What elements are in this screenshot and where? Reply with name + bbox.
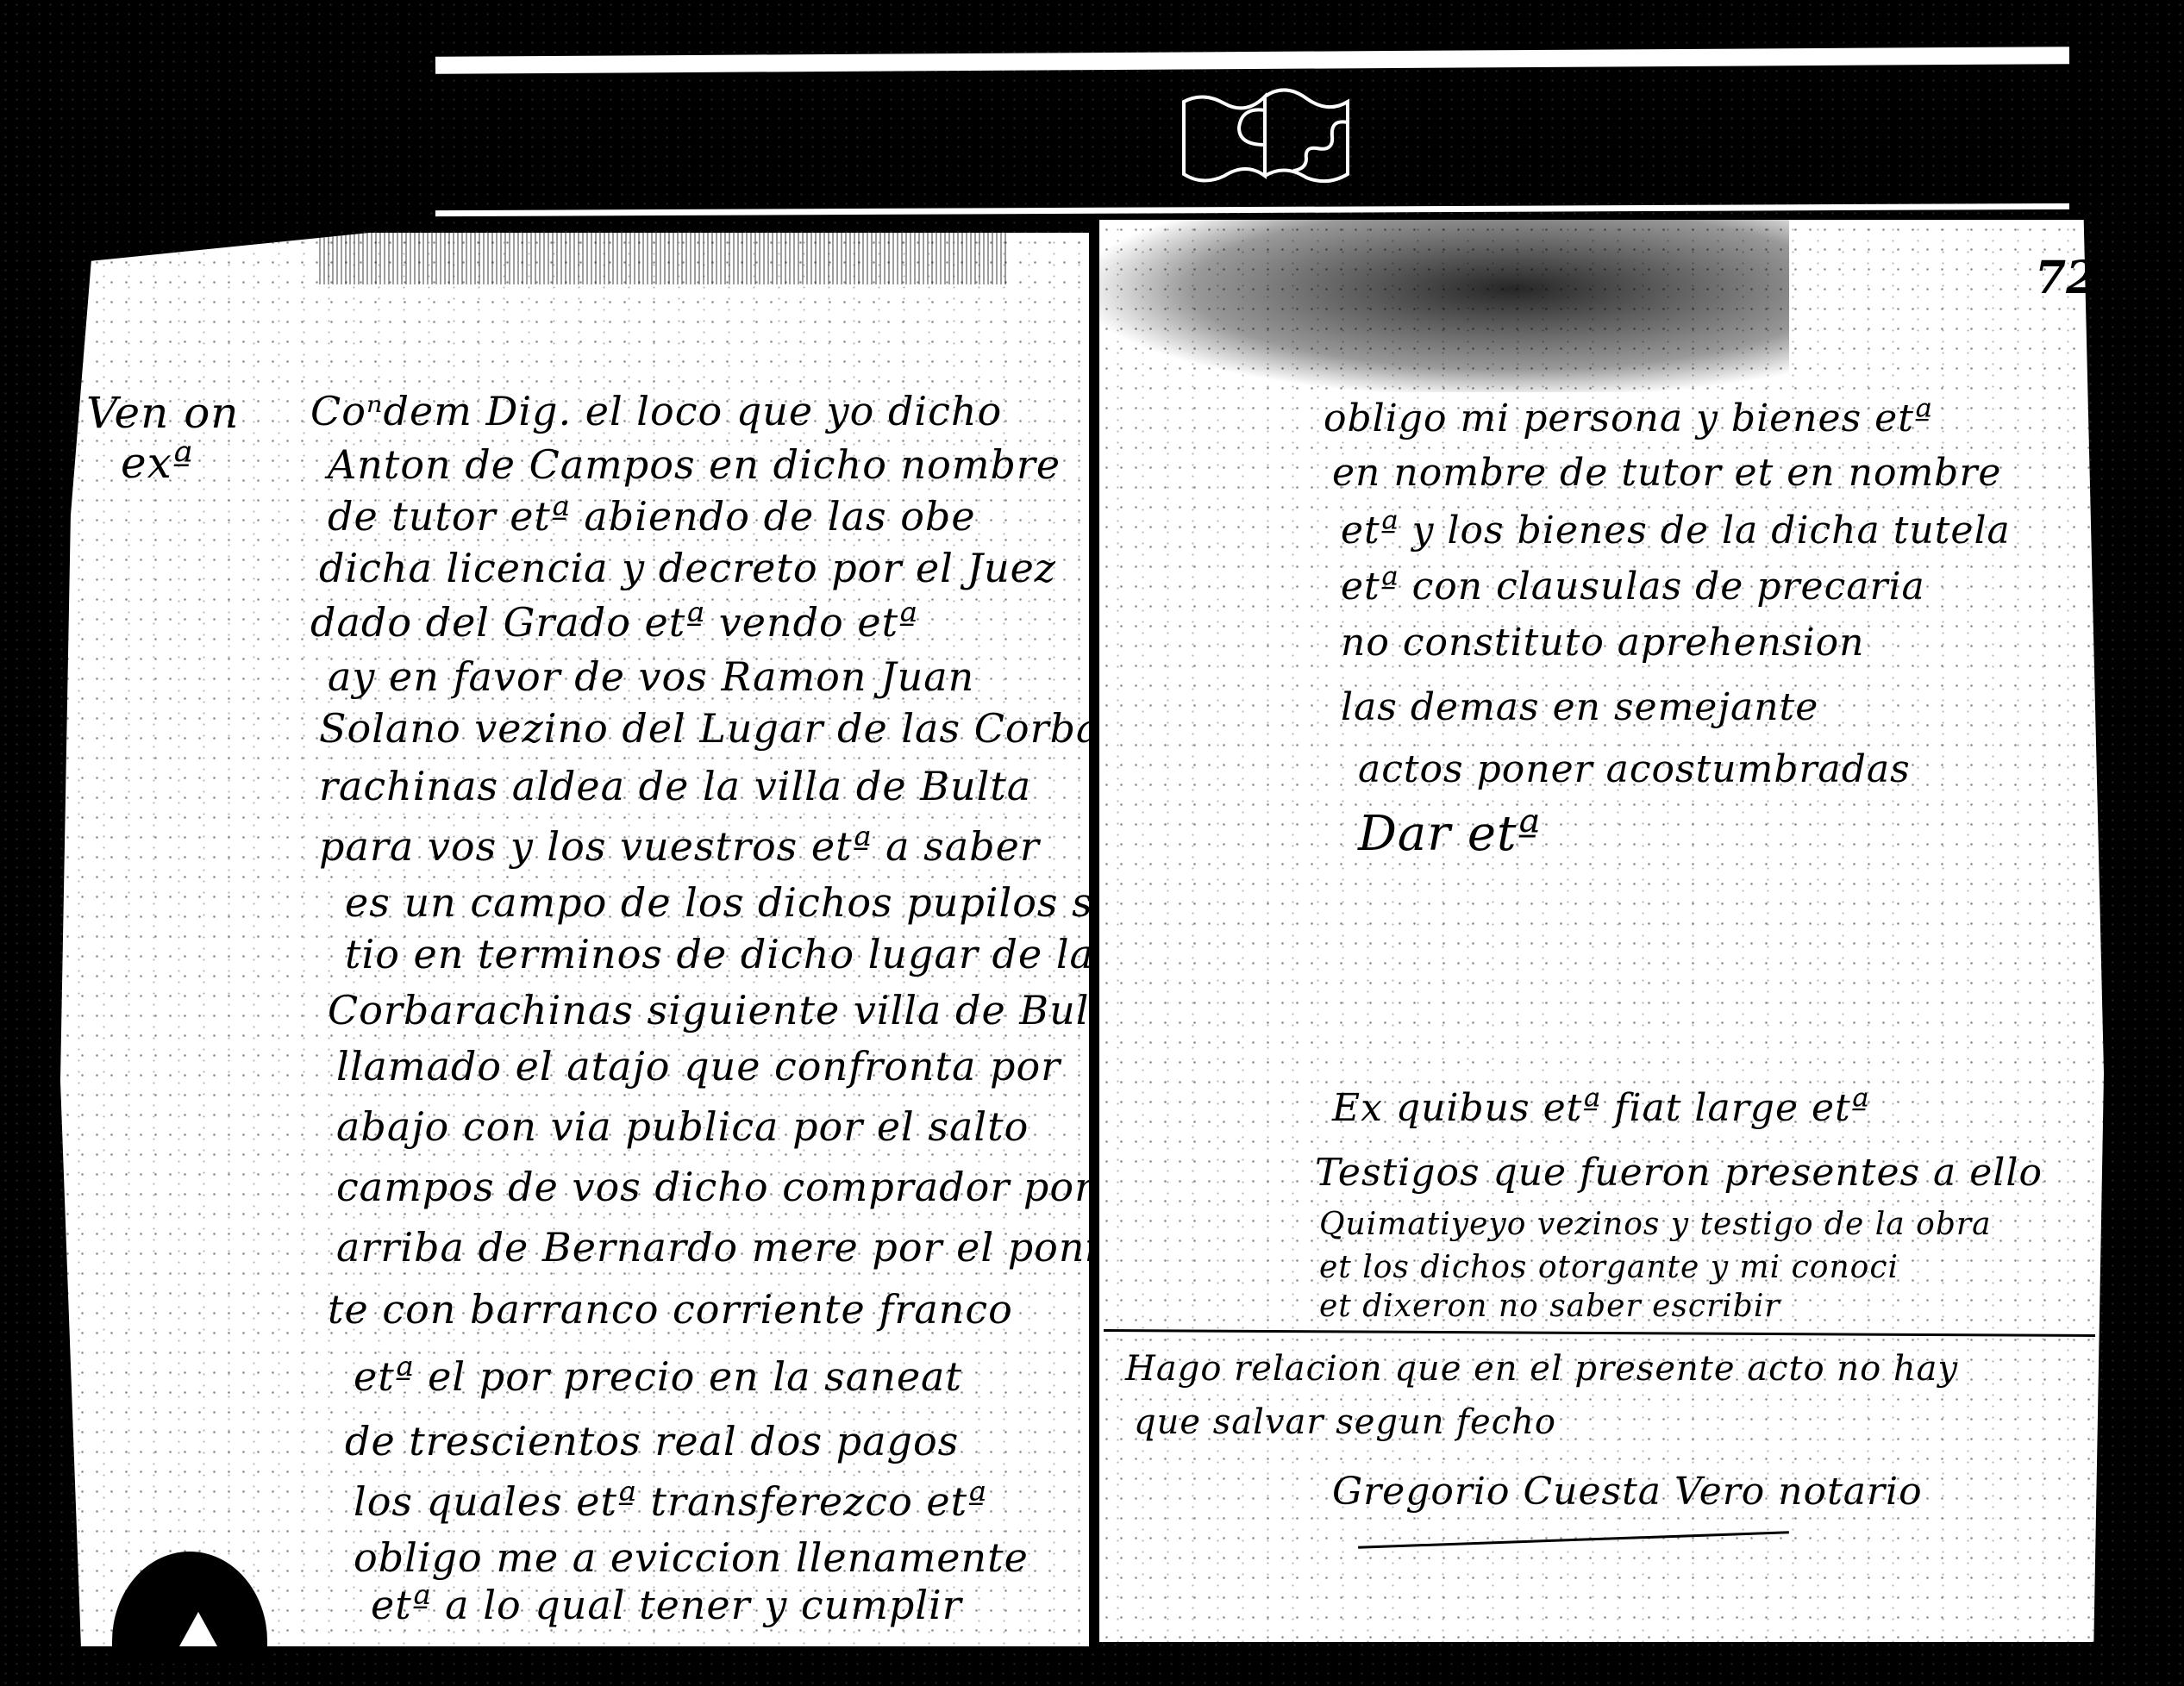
page-number: 72	[2035, 252, 2097, 304]
manuscript-line: arriba de Bernardo mere por el ponien	[336, 1224, 1149, 1271]
manuscript-line: Solano vezino del Lugar de las Corba	[319, 705, 1100, 752]
witness-line: Ex quibus etª fiat large etª	[1332, 1086, 1870, 1130]
manuscript-line: las demas en semejante	[1341, 685, 1818, 729]
manuscript-line: en nombre de tutor et en nombre	[1332, 451, 2001, 495]
book-gutter	[1089, 215, 1097, 1646]
manuscript-line: de tutor etª abiendo de las obe	[328, 493, 976, 540]
witness-line: et los dichos otorgante y mi conoci	[1319, 1250, 1899, 1285]
manuscript-line: actos poner acostumbradas	[1358, 747, 1911, 791]
margin-note-line-2: exª	[121, 438, 194, 488]
manuscript-line: llamado el atajo que confronta por	[336, 1043, 1061, 1090]
manuscript-line: Dar etª	[1358, 806, 1541, 862]
witness-line: et dixeron no saber escribir	[1319, 1289, 1780, 1324]
manuscript-line: no constituto aprehension	[1341, 621, 1864, 665]
witness-line: Testigos que fueron presentes a ello	[1315, 1151, 2043, 1195]
notary-signature: Gregorio Cuesta Vero notario	[1332, 1470, 1923, 1514]
page-shadow	[1099, 220, 1789, 392]
manuscript-line: te con barranco corriente franco	[328, 1286, 1013, 1333]
margin-note-line-1: Ven on	[86, 388, 240, 438]
manuscript-line: etª a lo qual tener y cumplir	[371, 1582, 962, 1628]
manuscript-line: dado del Grado etª vendo etª	[310, 599, 918, 646]
manuscript-line: etª y los bienes de la dicha tutela	[1341, 509, 2011, 553]
manuscript-line: obligo me a eviccion llenamente	[354, 1534, 1029, 1581]
manuscript-line: tio en terminos de dicho lugar de las	[345, 931, 1116, 977]
manuscript-line: de trescientos real dos pagos	[345, 1418, 959, 1464]
manuscript-line: los quales etª transferezco etª	[354, 1478, 987, 1525]
manuscript-line: obligo mi persona y bienes etª	[1324, 397, 1933, 440]
manuscript-line: etª con clausulas de precaria	[1341, 565, 1925, 609]
manuscript-line: campos de vos dicho comprador por	[336, 1164, 1094, 1210]
page-shadow	[319, 233, 1009, 284]
left-page: Ven on exª Coⁿdem Dig. el loco que yo di…	[60, 233, 1091, 1646]
manuscript-line: abajo con via publica por el salto	[336, 1103, 1029, 1150]
notary-line: Hago relacion que en el presente acto no…	[1125, 1349, 1958, 1389]
open-book-emblem-icon	[1177, 84, 1354, 188]
manuscript-line: Corbarachinas siguiente villa de Bulta	[328, 987, 1130, 1033]
signature-flourish	[1358, 1531, 1789, 1548]
manuscript-line: etª el por precio en la saneat	[354, 1353, 962, 1400]
manuscript-line: dicha licencia y decreto por el Juez	[319, 545, 1056, 591]
manuscript-line: Coⁿdem Dig. el loco que yo dicho	[310, 388, 1002, 434]
notary-line: que salvar segun fecho	[1134, 1402, 1556, 1442]
manuscript-line: es un campo de los dichos pupilos si	[345, 879, 1106, 926]
manuscript-line: rachinas aldea de la villa de Bulta	[319, 763, 1031, 809]
right-page: obligo mi persona y bienes etª en nombre…	[1099, 220, 2104, 1642]
manuscript-line: para vos y los vuestros etª a saber	[319, 823, 1040, 870]
manuscript-line: ay en favor de vos Ramon Juan	[328, 653, 974, 700]
divider-rule	[1104, 1329, 2095, 1337]
witness-line: Quimatiyeyo vezinos y testigo de la obra	[1319, 1207, 1992, 1242]
manuscript-line: Anton de Campos en dicho nombre	[328, 441, 1061, 488]
